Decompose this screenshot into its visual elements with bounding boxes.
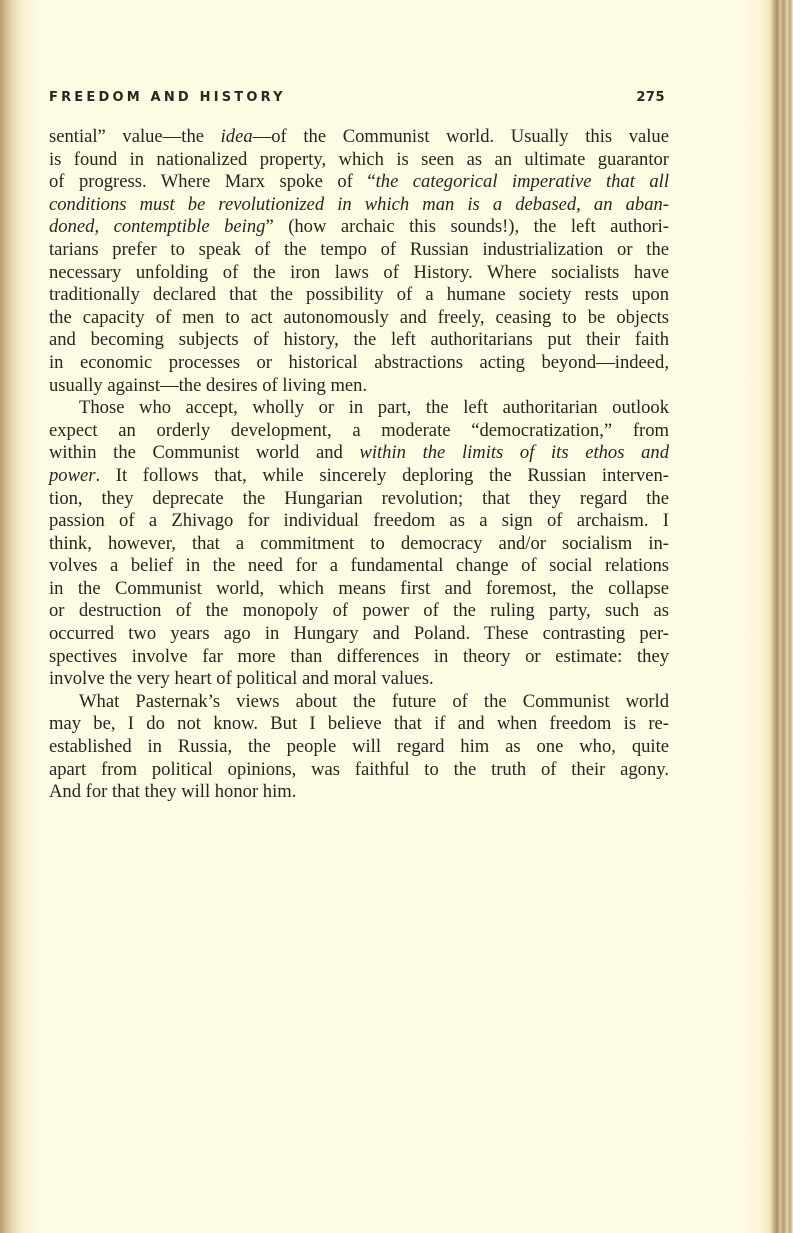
text-run: established in Russia, the people will r… xyxy=(49,736,669,757)
text-line: or destruction of the monopoly of power … xyxy=(49,600,669,623)
text-line: tion, they deprecate the Hungarian revol… xyxy=(49,488,669,511)
text-run: and becoming subjects of history, the le… xyxy=(49,329,669,350)
text-line: in economic processes or historical abst… xyxy=(49,352,669,375)
text-line: Those who accept, wholly or in part, the… xyxy=(49,397,669,420)
body-text: sential” value—the idea—of the Communist… xyxy=(49,126,669,804)
text-line: And for that they will honor him. xyxy=(49,781,669,804)
italic-text: doned, contemptible being xyxy=(49,216,265,237)
text-line: may be, I do not know. But I believe tha… xyxy=(49,713,669,736)
text-line: power. It follows that, while sincerely … xyxy=(49,465,669,488)
text-run: in the Communist world, which means firs… xyxy=(49,578,669,599)
text-line: of progress. Where Marx spoke of “the ca… xyxy=(49,171,669,194)
italic-text: conditions must be revolutionized in whi… xyxy=(49,194,669,215)
text-line: doned, contemptible being” (how archaic … xyxy=(49,216,669,239)
text-run: What Pasternak’s views about the future … xyxy=(79,691,669,712)
page-number: 275 xyxy=(636,90,665,105)
text-line: necessary unfolding of the iron laws of … xyxy=(49,262,669,285)
text-line: is found in nationalized property, which… xyxy=(49,149,669,172)
text-line: sential” value—the idea—of the Communist… xyxy=(49,126,669,149)
italic-text: the categorical imperative that all xyxy=(376,171,669,192)
text-line: spectives involve far more than differen… xyxy=(49,646,669,669)
text-line: volves a belief in the need for a fundam… xyxy=(49,555,669,578)
text-run: expect an orderly development, a moderat… xyxy=(49,420,669,441)
text-run: sential” value—the xyxy=(49,126,221,147)
text-line: within the Communist world and within th… xyxy=(49,442,669,465)
text-run: involve the very heart of political and … xyxy=(49,668,434,689)
text-run: . It follows that, while sincerely deplo… xyxy=(95,465,669,486)
text-run: in economic processes or historical abst… xyxy=(49,352,669,373)
text-run: tion, they deprecate the Hungarian revol… xyxy=(49,488,669,509)
text-run: within the Communist world and xyxy=(49,442,359,463)
text-line: expect an orderly development, a moderat… xyxy=(49,420,669,443)
book-page: FREEDOM AND HISTORY 275 sential” value—t… xyxy=(0,0,793,1233)
text-line: apart from political opinions, was faith… xyxy=(49,759,669,782)
italic-text: idea xyxy=(221,126,253,147)
text-run: usually against—the desires of living me… xyxy=(49,375,367,396)
text-run: the capacity of men to act autonomously … xyxy=(49,307,669,328)
text-line: What Pasternak’s views about the future … xyxy=(49,691,669,714)
text-line: established in Russia, the people will r… xyxy=(49,736,669,759)
text-line: passion of a Zhivago for individual free… xyxy=(49,510,669,533)
text-run: apart from political opinions, was faith… xyxy=(49,759,669,780)
text-run: think, however, that a commitment to dem… xyxy=(49,533,669,554)
text-line: involve the very heart of political and … xyxy=(49,668,669,691)
italic-text: power xyxy=(49,465,95,486)
text-run: necessary unfolding of the iron laws of … xyxy=(49,262,669,283)
text-run: And for that they will honor him. xyxy=(49,781,296,802)
text-line: in the Communist world, which means firs… xyxy=(49,578,669,601)
text-line: tarians prefer to speak of the tempo of … xyxy=(49,239,669,262)
text-line: occurred two years ago in Hungary and Po… xyxy=(49,623,669,646)
text-run: may be, I do not know. But I believe tha… xyxy=(49,713,669,734)
text-run: ” (how archaic this sounds!), the left a… xyxy=(265,216,669,237)
italic-text: within the limits of its ethos and xyxy=(359,442,669,463)
text-line: and becoming subjects of history, the le… xyxy=(49,329,669,352)
text-run: of progress. Where Marx spoke of “ xyxy=(49,171,376,192)
text-run: Those who accept, wholly or in part, the… xyxy=(79,397,669,418)
text-run: occurred two years ago in Hungary and Po… xyxy=(49,623,669,644)
text-line: the capacity of men to act autonomously … xyxy=(49,307,669,330)
text-run: passion of a Zhivago for individual free… xyxy=(49,510,669,531)
text-line: think, however, that a commitment to dem… xyxy=(49,533,669,556)
running-header: FREEDOM AND HISTORY 275 xyxy=(49,90,669,112)
text-line: traditionally declared that the possibil… xyxy=(49,284,669,307)
running-title: FREEDOM AND HISTORY xyxy=(49,90,286,105)
text-run: —of the Communist world. Usually this va… xyxy=(253,126,669,147)
text-line: usually against—the desires of living me… xyxy=(49,375,669,398)
text-run: is found in nationalized property, which… xyxy=(49,149,669,170)
text-run: tarians prefer to speak of the tempo of … xyxy=(49,239,669,260)
text-line: conditions must be revolutionized in whi… xyxy=(49,194,669,217)
text-run: or destruction of the monopoly of power … xyxy=(49,600,669,621)
text-run: traditionally declared that the possibil… xyxy=(49,284,669,305)
text-run: spectives involve far more than differen… xyxy=(49,646,669,667)
text-run: volves a belief in the need for a fundam… xyxy=(49,555,669,576)
